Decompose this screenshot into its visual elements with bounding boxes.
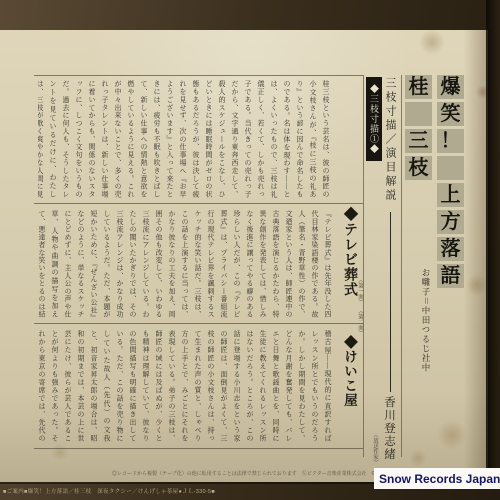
section-note-1: （第一面） <box>356 277 364 305</box>
photo-background: 爆 笑 ！ 上 方 落 語 桂 三 枝 ◆三枝寸描①◆ 三枝寸描／演目解説 香川… <box>0 0 500 500</box>
artist-char-blank <box>405 102 432 126</box>
catalog-caption: ■ご案内■爆笑！上方落語／桂三枝 深夜タクシー／けんげしゃ茶屋●ＪＬ-330-5… <box>3 487 215 495</box>
title-char: 上 <box>437 183 464 207</box>
liner-notes-keikoya: 稽古屋——現代的に直訳すればレッスン所とでもいうのだろうか。しかし期間を見わたし… <box>38 330 334 442</box>
legal-fine-print: ◎レコードから複製（テープ化）の他に転用することは法律で禁じられております Ⓥビ… <box>112 470 380 477</box>
album-artist: 桂 三 枝 <box>405 75 432 180</box>
index-line-label: 三枝寸描／演目解説 <box>382 77 398 209</box>
album-title-main: 爆 笑 ！ 上 方 落 語 <box>437 75 464 288</box>
rule-band-1-2 <box>34 203 363 204</box>
commentary-author: 香川登志緒 <box>381 396 397 461</box>
title-char: 爆 <box>437 75 464 99</box>
title-char: ！ <box>437 129 464 153</box>
rule-vertical-left <box>363 75 364 457</box>
title-char: 語 <box>437 264 464 288</box>
liner-notes-intro: 桂三枝という芸名は、彼の師匠の小文枝さんが、『枝に三枝の礼あり』という諺に因んで… <box>38 80 332 198</box>
rule-band-2-3 <box>34 323 363 324</box>
series-badge: ◆三枝寸描①◆ <box>366 77 382 161</box>
watermark-text: Snow Records Japan <box>379 472 500 486</box>
record-jacket-back-cover: 爆 笑 ！ 上 方 落 語 桂 三 枝 ◆三枝寸描①◆ 三枝寸描／演目解説 香川… <box>0 30 490 482</box>
hayashi-credit: お囃子＝中田つるじ社中 <box>420 268 432 373</box>
artist-char: 枝 <box>405 156 432 180</box>
watermark-box: Snow Records Japan <box>374 468 500 489</box>
commentary-author-note: （放送作家） <box>371 432 379 465</box>
rule-top <box>34 75 363 76</box>
title-char: 方 <box>437 210 464 234</box>
title-char: 笑 <box>437 102 464 126</box>
rule-vertical-right <box>401 75 402 457</box>
liner-notes-tv-soshiki: 『テレビ葬式』は先年没した四代目林家染語楼の作である。故人（筆名・青野草性）の作… <box>38 210 334 318</box>
artist-char: 三 <box>405 129 432 153</box>
artist-char: 桂 <box>405 75 432 99</box>
title-char-blank <box>437 156 464 180</box>
rule-bottom <box>34 448 363 449</box>
title-char: 落 <box>437 237 464 261</box>
section-heading-keikoya: ◆けいこ屋 <box>339 335 359 408</box>
index-line-dash <box>390 212 391 392</box>
section-note-2: （第二面） <box>356 308 364 336</box>
